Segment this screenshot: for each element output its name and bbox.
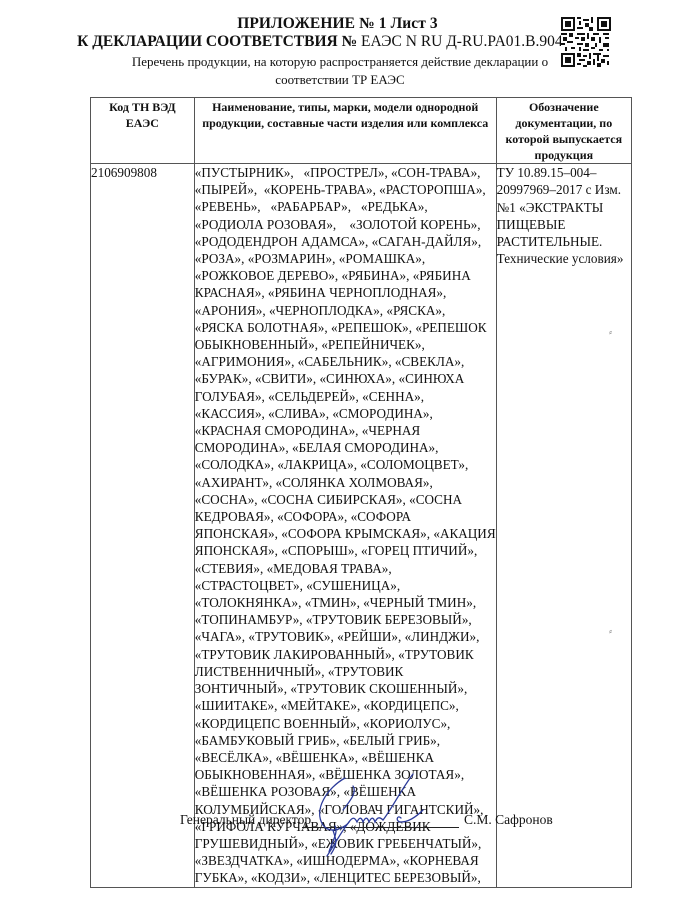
header-text: ЕАЭС [91,115,194,131]
product-line: «ТОПИНАМБУР», «ТРУТОВИК БЕРЕЗОВЫЙ», [195,611,496,628]
product-line: ЛИСТВЕННИЧНЫЙ», «ТРУТОВИК [195,663,496,680]
products-table: Код ТН ВЭД ЕАЭС Наименование, типы, марк… [90,97,632,888]
declaration-title-label: К ДЕКЛАРАЦИИ СООТВЕТСТВИЯ № [77,33,357,50]
header-text: Код ТН ВЭД [91,99,194,115]
product-line: ЯПОНСКАЯ», «СОФОРА КРЫМСКАЯ», «АКАЦИЯ [195,525,496,542]
column-header-hs-code: Код ТН ВЭД ЕАЭС [91,98,195,164]
product-line: «КОРДИЦЕПС ВОЕННЫЙ», «КОРИОЛУС», [195,715,496,732]
header-text: которой выпускается [497,131,631,147]
product-line: «АГРИМОНИЯ», «САБЕЛЬНИК», «СВЕКЛА», [195,353,496,370]
documentation-cell: ТУ 10.89.15–004–20997969–2017 с Изм.№1 «… [496,164,631,888]
product-line: ЗОНТИЧНЫЙ», «ТРУТОВИК СКОШЕННЫЙ», [195,680,496,697]
position-label: Генеральный директор [180,812,311,828]
documentation-line: ТУ 10.89.15–004– [497,164,631,181]
product-line: «КАССИЯ», «СЛИВА», «СМОРОДИНА», [195,405,496,422]
documentation-line: №1 «ЭКСТРАКТЫ [497,199,631,216]
product-line: «РОЖКОВОЕ ДЕРЕВО», «РЯБИНА», «РЯБИНА [195,267,496,284]
documentation-line: Технические условия» [497,250,631,267]
product-line: «ЧАГА», «ТРУТОВИК», «РЕЙШИ», «ЛИНДЖИ», [195,628,496,645]
signer-name: С.М. Сафронов [464,812,553,828]
product-line: «АРОНИЯ», «ЧЕРНОПЛОДКА», «РЯСКА», [195,302,496,319]
qr-code-icon [561,17,611,67]
product-line: «ВЕСЁЛКА», «ВЁШЕНКА», «ВЁШЕНКА [195,749,496,766]
product-line: «АХИРАНТ», «СОЛЯНКА ХОЛМОВАЯ», [195,474,496,491]
signature-icon [305,770,455,860]
product-line: «РОДОДЕНДРОН АДАМСА», «САГАН-ДАЙЛЯ», [195,233,496,250]
document-subtitle: Перечень продукции, на которую распростр… [100,53,580,89]
product-line: «СТЕВИЯ», «МЕДОВАЯ ТРАВА», [195,560,496,577]
hs-code-cell: 2106909808 [91,164,195,888]
product-line: «ТОЛОКНЯНКА», «ТМИН», «ЧЕРНЫЙ ТМИН», [195,594,496,611]
product-line: «СОСНА», «СОСНА СИБИРСКАЯ», «СОСНА [195,491,496,508]
product-line: «БАМБУКОВЫЙ ГРИБ», «БЕЛЫЙ ГРИБ», [195,732,496,749]
documentation-line: РАСТИТЕЛЬНЫЕ. [497,233,631,250]
column-header-documentation: Обозначение документации, по которой вып… [496,98,631,164]
documentation-line: 20997969–2017 с Изм. [497,181,631,198]
product-line: «СОЛОДКА», «ЛАКРИЦА», «СОЛОМОЦВЕТ», [195,456,496,473]
product-line: «КРАСНАЯ СМОРОДИНА», «ЧЕРНАЯ [195,422,496,439]
product-line: «РОЗА», «РОЗМАРИН», «РОМАШКА», [195,250,496,267]
scan-mark: ⸗ [609,327,612,338]
product-line: КРАСНАЯ», «РЯБИНА ЧЕРНОПЛОДНАЯ», [195,284,496,301]
product-line: ЯПОНСКАЯ», «СПОРЫШ», «ГОРЕЦ ПТИЧИЙ», [195,542,496,559]
header-text: продукции, составные части изделия или к… [195,115,496,131]
product-line: «БУРАК», «СВИТИ», «СИНЮХА», «СИНЮХА [195,370,496,387]
product-line: «ТРУТОВИК ЛАКИРОВАННЫЙ», «ТРУТОВИК [195,646,496,663]
product-line: «ПУСТЫРНИК», «ПРОСТРЕЛ», «СОН-ТРАВА», [195,164,496,181]
header-text: документации, по [497,115,631,131]
product-line: «РЯСКА БОЛОТНАЯ», «РЕПЕШОК», «РЕПЕШОК [195,319,496,336]
product-line: «ПЫРЕЙ», «КОРЕНЬ-ТРАВА», «РАСТОРОПША», [195,181,496,198]
subtitle-line: Перечень продукции, на которую распростр… [100,53,580,71]
documentation-line: ПИЩЕВЫЕ [497,216,631,233]
product-line: ГОЛУБАЯ», «СЕЛЬДЕРЕЙ», «СЕННА», [195,388,496,405]
header-text: Обозначение [497,99,631,115]
product-line: «РОДИОЛА РОЗОВАЯ», «ЗОЛОТОЙ КОРЕНЬ», [195,216,496,233]
product-line: ГУБКА», «КОДЗИ», «ЛЕНЦИТЕС БЕРЕЗОВЫЙ», [195,869,496,886]
table-header-row: Код ТН ВЭД ЕАЭС Наименование, типы, марк… [91,98,632,164]
header-text: продукция [497,147,631,163]
scan-mark: ⸗ [609,626,612,637]
column-header-product-name: Наименование, типы, марки, модели одноро… [194,98,496,164]
product-line: ОБЫКНОВЕННЫЙ», «РЕПЕЙНИЧЕК», [195,336,496,353]
product-line: «ШИИТАКЕ», «МЕЙТАКЕ», «КОРДИЦЕПС», [195,697,496,714]
product-line: СМОРОДИНА», «БЕЛАЯ СМОРОДИНА», [195,439,496,456]
subtitle-line: соответствии ТР ЕАЭС [100,71,580,89]
product-line: КЕДРОВАЯ», «СОФОРА», «СОФОРА [195,508,496,525]
product-line: «РЕВЕНЬ», «РАБАРБАР», «РЕДЬКА», [195,198,496,215]
header-text: Наименование, типы, марки, модели одноро… [195,99,496,115]
product-line: «СТРАСТОЦВЕТ», «СУШЕНИЦА», [195,577,496,594]
